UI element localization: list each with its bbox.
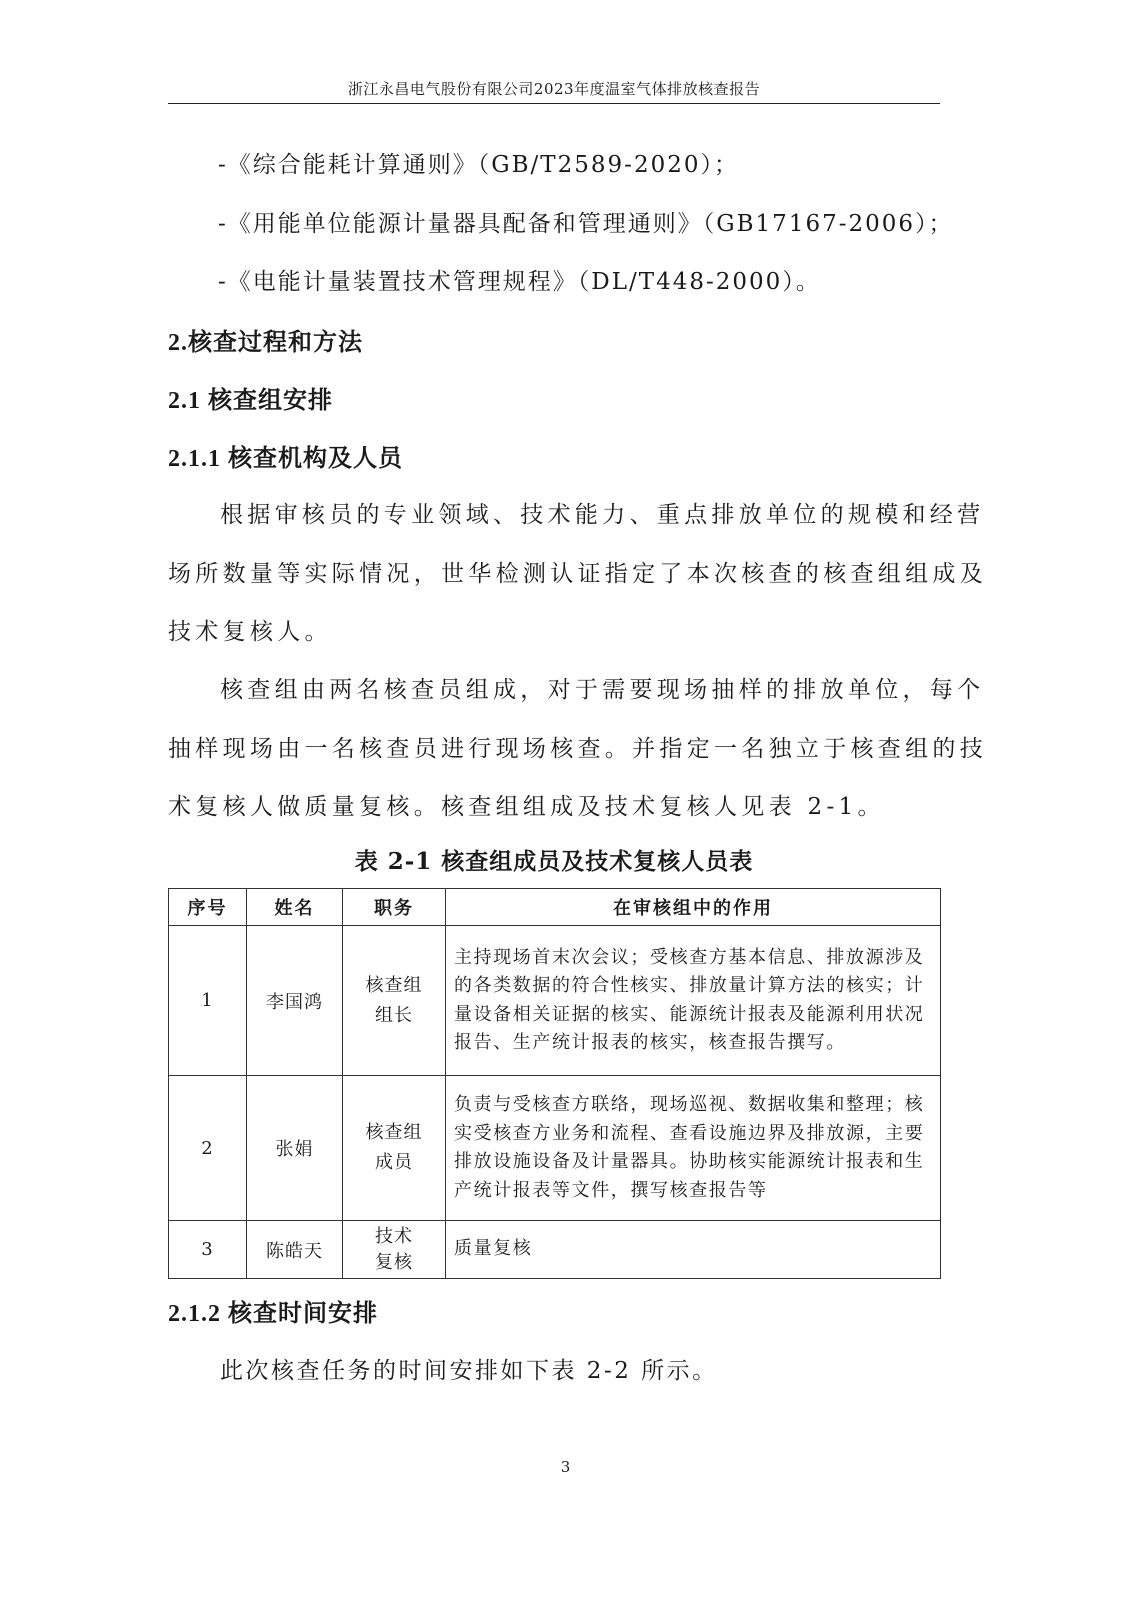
column-header-position: 职务 <box>343 889 446 926</box>
reference-item: -《电能计量装置技术管理规程》（DL/T448-2000）。 <box>218 263 821 296</box>
section-heading-2-1-2: 2.1.2 核查时间安排 <box>168 1293 378 1328</box>
cell-name: 张娟 <box>247 1076 343 1221</box>
position-line: 成员 <box>349 1148 439 1178</box>
position-line: 复核 <box>349 1250 439 1276</box>
paragraph-line: 根据审核员的专业领域、技术能力、重点排放单位的规模和经营 <box>220 496 984 529</box>
paragraph-line: 此次核查任务的时间安排如下表 2-2 所示。 <box>220 1352 718 1385</box>
table-row: 1 李国鸿 核查组 组长 主持现场首末次会议；受核查方基本信息、排放源涉及的各类… <box>169 926 941 1076</box>
cell-no: 2 <box>169 1076 247 1221</box>
column-header-no: 序号 <box>169 889 247 926</box>
cell-name: 李国鸿 <box>247 926 343 1076</box>
cell-role: 负责与受核查方联络，现场巡视、数据收集和整理；核实受核查方业务和流程、查看设施边… <box>446 1076 941 1221</box>
column-header-name: 姓名 <box>247 889 343 926</box>
cell-position: 核查组 组长 <box>343 926 446 1076</box>
paragraph-line: 抽样现场由一名核查员进行现场核查。并指定一名独立于核查组的技 <box>168 730 987 763</box>
team-members-table: 序号 姓名 职务 在审核组中的作用 1 李国鸿 核查组 组长 主持现场首末次会议… <box>168 888 941 1279</box>
cell-name: 陈皓天 <box>247 1221 343 1279</box>
paragraph-line: 场所数量等实际情况，世华检测认证指定了本次核查的核查组组成及 <box>168 555 987 588</box>
paragraph-line: 技术复核人。 <box>168 613 332 646</box>
cell-position: 核查组 成员 <box>343 1076 446 1221</box>
table-row: 3 陈皓天 技术 复核 质量复核 <box>169 1221 941 1279</box>
table-caption: 表 2-1 核查组成员及技术复核人员表 <box>168 843 940 876</box>
position-line: 核查组 <box>349 971 439 1001</box>
reference-item: -《综合能耗计算通则》（GB/T2589-2020）； <box>218 146 739 179</box>
page-number: 3 <box>0 1458 1131 1476</box>
section-heading-2-1-1: 2.1.1 核查机构及人员 <box>168 438 403 473</box>
cell-no: 3 <box>169 1221 247 1279</box>
paragraph-line: 术复核人做质量复核。核查组组成及技术复核人见表 2-1。 <box>168 788 885 821</box>
table-row: 2 张娟 核查组 成员 负责与受核查方联络，现场巡视、数据收集和整理；核实受核查… <box>169 1076 941 1221</box>
section-heading-2: 2.核查过程和方法 <box>168 322 363 357</box>
reference-item: -《用能单位能源计量器具配备和管理通则》（GB17167-2006）； <box>218 205 954 238</box>
cell-position: 技术 复核 <box>343 1221 446 1279</box>
position-line: 核查组 <box>349 1118 439 1148</box>
position-line: 技术 <box>349 1224 439 1250</box>
paragraph-line: 核查组由两名核查员组成，对于需要现场抽样的排放单位，每个 <box>220 671 984 704</box>
section-heading-2-1: 2.1 核查组安排 <box>168 380 333 415</box>
document-page: 浙江永昌电气股份有限公司2023年度温室气体排放核查报告 -《综合能耗计算通则》… <box>0 0 1131 1600</box>
cell-role: 主持现场首末次会议；受核查方基本信息、排放源涉及的各类数据的符合性核实、排放量计… <box>446 926 941 1076</box>
table-header-row: 序号 姓名 职务 在审核组中的作用 <box>169 889 941 926</box>
cell-role: 质量复核 <box>446 1221 941 1279</box>
cell-no: 1 <box>169 926 247 1076</box>
column-header-role: 在审核组中的作用 <box>446 889 941 926</box>
position-line: 组长 <box>349 1001 439 1031</box>
header-divider <box>168 103 940 104</box>
running-header: 浙江永昌电气股份有限公司2023年度温室气体排放核查报告 <box>168 78 940 99</box>
